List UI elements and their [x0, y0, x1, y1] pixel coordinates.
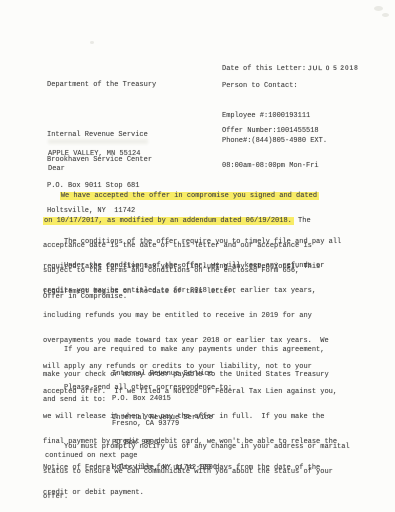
- scan-artifact: [90, 41, 94, 44]
- contact-details: Employee #:1000193111 Phone#:(844)805-49…: [222, 95, 327, 187]
- address-line: Internal Revenue Service: [112, 414, 217, 422]
- continued-note: continued on next page: [45, 452, 137, 460]
- paragraph-notify: You must promptly notify us of any chang…: [43, 426, 350, 512]
- highlight-text-1: We have accepted the offer in compromise…: [60, 192, 319, 200]
- offer-number: Offer Number:1001455518: [222, 127, 319, 135]
- correspondence-label: Please send all other correspondence to:: [43, 384, 232, 392]
- letter-line: status to ensure we can communicate with…: [43, 468, 350, 476]
- scanned-letter-page: Department of the Treasury Internal Reve…: [0, 0, 395, 512]
- letter-line: Under the conditions of the offer, we wi…: [43, 262, 337, 270]
- address-line: Internal Revenue Service: [112, 370, 213, 378]
- highlighted-line-1: We have accepted the offer in compromise…: [43, 192, 319, 200]
- date-stamp: JUL 0 5 2018: [308, 65, 359, 74]
- scan-artifact: [374, 6, 383, 11]
- sender-line: Internal Revenue Service: [47, 131, 156, 139]
- scan-artifact: [382, 13, 389, 17]
- sender-line: [47, 106, 156, 114]
- letter-line: including refunds you may be entitled to…: [43, 312, 337, 320]
- person-to-contact-label: Person to Contact:: [222, 82, 298, 90]
- letter-line: offer.: [43, 493, 350, 501]
- phone-number: Phone#:(844)805-4980 EXT.: [222, 137, 327, 145]
- date-label: Date of this Letter:: [222, 65, 306, 73]
- recipient-address: APPLE VALLEY, MN 55124: [48, 150, 140, 158]
- letter-line: You must promptly notify us of any chang…: [43, 443, 350, 451]
- office-hours: 08:00am-08:00pm Mon-Fri: [222, 162, 327, 170]
- employee-id: Employee #:1000193111: [222, 112, 327, 120]
- letter-line: credits you may be entitled to for 2018 …: [43, 287, 337, 295]
- salutation: Dear: [48, 165, 65, 173]
- indent: [43, 192, 60, 200]
- sender-line: Department of the Treasury: [47, 81, 156, 89]
